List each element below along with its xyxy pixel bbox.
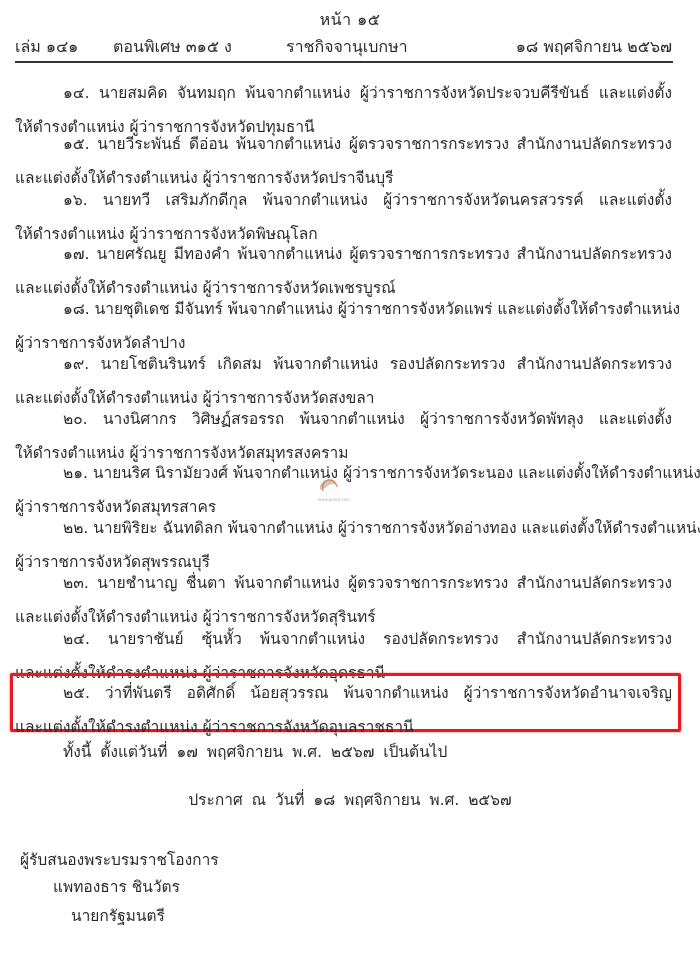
item-line: ๒๔. นายราชันย์ ซุ้นหั้ว พ้นจากตำแหน่ง รอ… xyxy=(15,622,672,656)
watermark-text: www.bareo.com xyxy=(318,497,350,502)
item-line: ๒๑. นายนริศ นิรามัยวงศ์ พ้นจากตำแหน่ง ผู… xyxy=(15,456,672,490)
signatory-title: นายกรัฐมนตรี xyxy=(71,903,165,928)
signatory-name: แพทองธาร ชินวัตร xyxy=(53,874,180,899)
page-number: หน้า ๑๕ xyxy=(0,8,700,33)
item-line: ๑๔. นายสมคิด จันทมฤก พ้นจากตำแหน่ง ผู้ว่… xyxy=(15,76,672,110)
item-line: ๒๓. นายชำนาญ ชื่นตา พ้นจากตำแหน่ง ผู้ตรว… xyxy=(15,566,672,600)
item-line: ๑๖. นายทวี เสริมภักดีกุล พ้นจากตำแหน่ง ผ… xyxy=(15,183,672,217)
section-label: ตอนพิเศษ ๓๑๕ ง xyxy=(113,35,232,60)
item-line: ๒๒. นายพิริยะ ฉันทดิลก พ้นจากตำแหน่ง ผู้… xyxy=(15,511,672,545)
item-line: ๑๙. นายโชตินรินทร์ เกิดสม พ้นจากตำแหน่ง … xyxy=(15,347,672,381)
item-line: ๑๗. นายศรัณยู มีทองคำ พ้นจากตำแหน่ง ผู้ต… xyxy=(15,237,672,271)
item-line: ๑๘. นายชุติเดช มีจันทร์ พ้นจากตำแหน่ง ผู… xyxy=(15,292,672,326)
header-rule xyxy=(15,61,673,63)
publication-title: ราชกิจจานุเบกษา xyxy=(286,35,408,60)
effective-date: ทั้งนี้ ตั้งแต่วันที่ ๑๗ พฤศจิกายน พ.ศ. … xyxy=(63,737,447,767)
item-line: ๑๕. นายวีระพันธ์ ดีอ่อน พ้นจากตำแหน่ง ผู… xyxy=(15,127,672,161)
item-line: ๒๕. ว่าที่พันตรี อดิศักดิ์ น้อยสุวรรณ พ้… xyxy=(15,676,672,710)
item-25-highlighted: ๒๕. ว่าที่พันตรี อดิศักดิ์ น้อยสุวรรณ พ้… xyxy=(15,676,672,744)
volume-label: เล่ม ๑๔๑ xyxy=(15,35,78,60)
watermark-logo-icon xyxy=(317,477,339,493)
countersign-label: ผู้รับสนองพระบรมราชโองการ xyxy=(20,847,219,872)
announcement-date: ประกาศ ณ วันที่ ๑๘ พฤศจิกายน พ.ศ. ๒๕๖๗ xyxy=(0,787,700,812)
header-date: ๑๘ พฤศจิกายน ๒๕๖๗ xyxy=(516,35,672,60)
running-header: เล่ม ๑๔๑ ตอนพิเศษ ๓๑๕ ง ราชกิจจานุเบกษา … xyxy=(15,35,672,59)
item-line: ๒๐. นางนิศากร วิศิษฏ์สรอรรถ พ้นจากตำแหน่… xyxy=(15,402,672,436)
